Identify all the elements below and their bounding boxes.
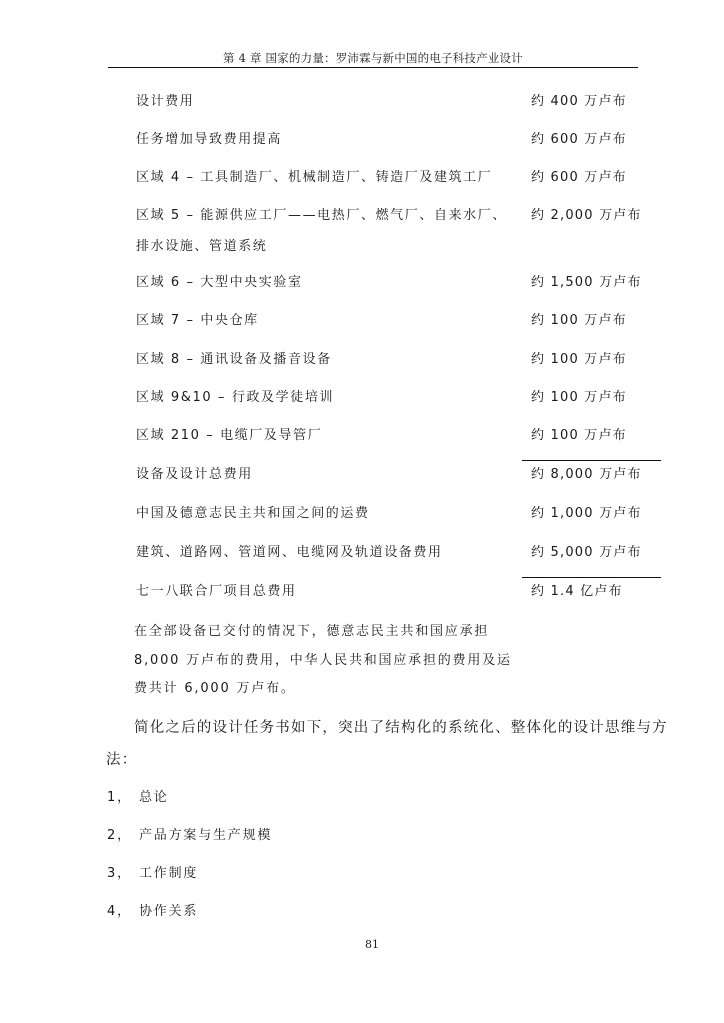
subtotal-rule: [522, 460, 661, 461]
body-paragraph-line: 法：: [106, 748, 137, 769]
grand-total-value: 约 1.4 亿卢布: [531, 580, 623, 599]
cost-row: 区域 5 – 能源供应工厂——电热厂、燃气厂、自来水厂、 排水设施、管道系统 约…: [136, 204, 666, 254]
cost-value: 约 600 万卢布: [531, 128, 627, 147]
cost-value: 约 100 万卢布: [531, 348, 627, 367]
cost-label: 建筑、道路网、管道网、电缆网及轨道设备费用: [136, 541, 443, 560]
cost-label: 区域 5 – 能源供应工厂——电热厂、燃气厂、自来水厂、: [136, 204, 507, 223]
page-number: 81: [352, 938, 392, 951]
list-item: 1，总论: [107, 786, 169, 805]
subtotal-value: 约 8,000 万卢布: [531, 463, 642, 482]
cost-label: 设计费用: [136, 90, 194, 109]
cost-row: 区域 7 – 中央仓库 约 100 万卢布: [136, 309, 666, 331]
header-rule: [108, 67, 638, 68]
list-text: 产品方案与生产规模: [139, 828, 272, 843]
cost-row: 任务增加导致费用提高 约 600 万卢布: [136, 128, 666, 150]
subtotal-label: 设备及设计总费用: [136, 463, 253, 482]
cost-value: 约 100 万卢布: [531, 424, 627, 443]
cost-value: 约 100 万卢布: [531, 386, 627, 405]
list-item: 4，协作关系: [107, 900, 198, 919]
cost-row: 区域 6 – 大型中央实验室 约 1,500 万卢布: [136, 271, 666, 293]
list-item: 2，产品方案与生产规模: [107, 824, 272, 843]
grand-total-label: 七一八联合厂项目总费用: [136, 580, 297, 599]
cost-value: 约 100 万卢布: [531, 309, 627, 328]
list-text: 总论: [139, 790, 169, 805]
cost-label: 中国及德意志民主共和国之间的运费: [136, 502, 370, 521]
note-line: 费共计 6,000 万卢布。: [134, 677, 296, 696]
list-text: 协作关系: [139, 904, 198, 919]
cost-row: 设计费用 约 400 万卢布: [136, 90, 666, 112]
cost-label-continued: 排水设施、管道系统: [136, 235, 267, 254]
body-paragraph-line: 简化之后的设计任务书如下，突出了结构化的系统化、整体化的设计思维与方: [134, 716, 668, 737]
cost-row: 区域 4 – 工具制造厂、机械制造厂、铸造厂及建筑工厂 约 600 万卢布: [136, 166, 666, 188]
cost-row: 区域 8 – 通讯设备及播音设备 约 100 万卢布: [136, 348, 666, 370]
cost-value: 约 2,000 万卢布: [531, 204, 642, 223]
cost-label: 任务增加导致费用提高: [136, 128, 282, 147]
note-line: 8,000 万卢布的费用，中华人民共和国应承担的费用及运: [134, 649, 512, 668]
cost-row: 中国及德意志民主共和国之间的运费 约 1,000 万卢布: [136, 502, 666, 524]
cost-value: 约 600 万卢布: [531, 166, 627, 185]
cost-row: 建筑、道路网、管道网、电缆网及轨道设备费用 约 5,000 万卢布: [136, 541, 666, 563]
list-number: 2，: [107, 824, 139, 843]
document-page: 第 4 章 国家的力量：罗沛霖与新中国的电子科技产业设计 设计费用 约 400 …: [0, 0, 724, 1023]
list-number: 3，: [107, 862, 139, 881]
list-number: 4，: [107, 900, 139, 919]
cost-value: 约 400 万卢布: [531, 90, 627, 109]
cost-label: 区域 4 – 工具制造厂、机械制造厂、铸造厂及建筑工厂: [136, 166, 492, 185]
cost-label: 区域 6 – 大型中央实验室: [136, 271, 303, 290]
running-header: 第 4 章 国家的力量：罗沛霖与新中国的电子科技产业设计: [108, 50, 638, 66]
grand-total-rule: [522, 577, 661, 578]
cost-value: 约 1,500 万卢布: [531, 271, 642, 290]
cost-label: 区域 9&10 – 行政及学徒培训: [136, 386, 334, 405]
list-number: 1，: [107, 786, 139, 805]
cost-label: 区域 210 – 电缆厂及导管厂: [136, 424, 322, 443]
subtotal-row: 设备及设计总费用 约 8,000 万卢布: [136, 463, 666, 485]
cost-row: 区域 210 – 电缆厂及导管厂 约 100 万卢布: [136, 424, 666, 446]
grand-total-row: 七一八联合厂项目总费用 约 1.4 亿卢布: [136, 580, 666, 602]
list-item: 3，工作制度: [107, 862, 198, 881]
cost-label: 区域 7 – 中央仓库: [136, 309, 259, 328]
cost-value: 约 5,000 万卢布: [531, 541, 642, 560]
cost-value: 约 1,000 万卢布: [531, 502, 642, 521]
cost-label: 区域 8 – 通讯设备及播音设备: [136, 348, 332, 367]
note-line: 在全部设备已交付的情况下，德意志民主共和国应承担: [134, 620, 489, 639]
cost-row: 区域 9&10 – 行政及学徒培训 约 100 万卢布: [136, 386, 666, 408]
list-text: 工作制度: [139, 866, 198, 881]
